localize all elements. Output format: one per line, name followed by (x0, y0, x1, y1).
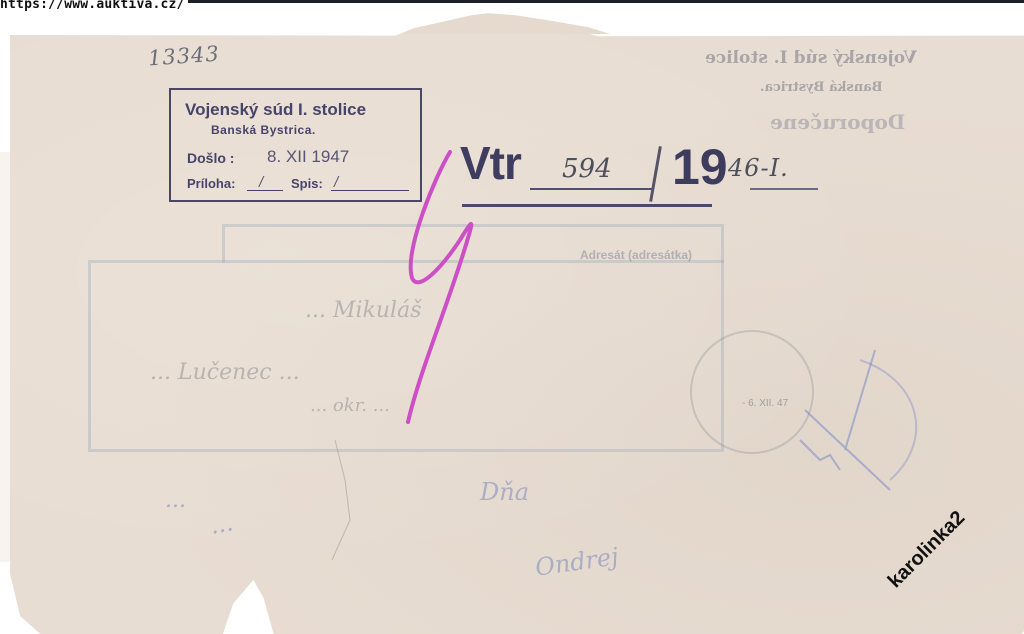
ink-strokes (0, 0, 1024, 634)
paper-crease (332, 440, 350, 560)
blue-pen-arc (860, 360, 916, 480)
blue-pen-cross (800, 350, 890, 490)
magenta-nine-mark (408, 152, 471, 422)
